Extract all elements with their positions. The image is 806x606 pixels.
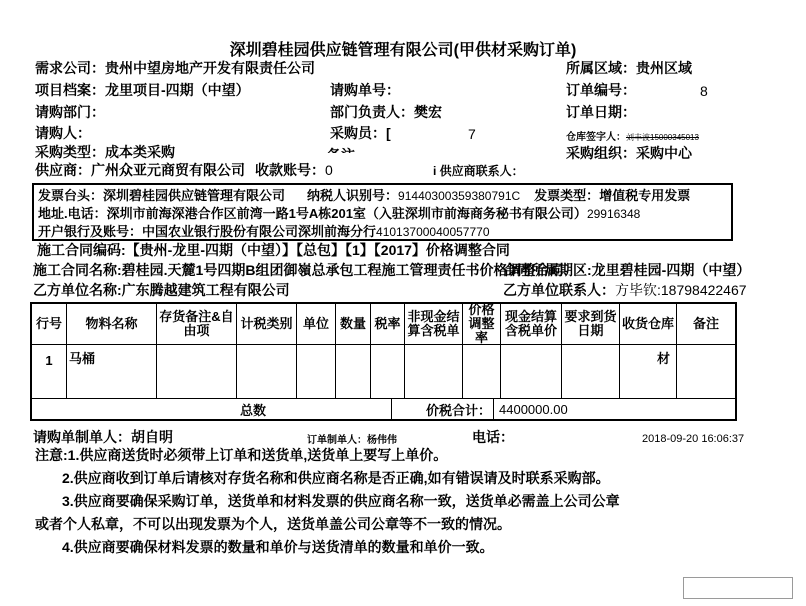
col-header-tax-category: 计税类别 <box>237 304 297 344</box>
bottom-right-input-box[interactable] <box>683 577 793 599</box>
table-header-row: 行号 物料名称 存货备注&自由项 计税类别 单位 数量 税率 非现金结算含税单 … <box>32 304 735 345</box>
invoice-address-label: 地址.电话： <box>38 206 107 221</box>
project-label: 项目档案： <box>35 82 105 98</box>
invoice-line-bank: 开户银行及账号：中国农业银行股份有限公司深圳前海分行41013700040057… <box>38 223 727 241</box>
warehouse-signer-label: 仓库签字人： <box>566 132 626 143</box>
demand-company-value: 贵州中望房地产开发有限责任公司 <box>105 60 315 76</box>
field-buyer: 采购员：[ <box>330 126 391 141</box>
items-table: 行号 物料名称 存货备注&自由项 计税类别 单位 数量 税率 非现金结算含税单 … <box>30 302 737 421</box>
contract-period-value: 龙里碧桂园-四期（中望） <box>592 262 751 278</box>
demand-company-label: 需求公司： <box>35 60 105 76</box>
tax-id-label: 纳税人识别号： <box>307 188 398 203</box>
col-header-adjust-rate: 价格调整率 <box>463 304 501 344</box>
col-header-delivery-date: 要求到货日期 <box>562 304 620 344</box>
account-no-value: 0 <box>325 162 333 178</box>
party-b-contact-label: 乙方单位联系人： <box>503 282 615 298</box>
invoice-bank-label: 开户银行及账号： <box>38 224 142 239</box>
note-3-continued: 或者个人私章，不可以出现发票为个人，送货单盖公司公章等不一致的情况。 <box>35 517 511 532</box>
field-order-no: 订单编号： <box>566 83 636 98</box>
invoice-bank-account-value: 41013700040057770 <box>376 225 489 239</box>
request-maker-label: 请购单制单人： <box>33 429 131 445</box>
request-dept-label: 请购部门： <box>35 104 105 120</box>
cell-quantity <box>336 345 371 398</box>
table-summary-row: 总数 价税合计： 4400000.00 <box>32 399 735 419</box>
purchase-type-value: 成本类采购 <box>105 144 175 160</box>
buyer-code-value: 7 <box>468 127 476 142</box>
col-header-quantity: 数量 <box>336 304 371 344</box>
field-contract-code: 施工合同编码:【贵州-龙里-四期（中望）】【总包】【1】【2017】价格调整合同 <box>37 243 510 258</box>
col-header-receive-warehouse: 收货仓库 <box>620 304 677 344</box>
dept-head-value: 樊宏 <box>414 104 442 120</box>
note-1: 注意:1.供应商送货时必须带上订单和送货单,送货单上要写上单价。 <box>35 448 447 463</box>
field-contract-period: 合同所属期区:龙里碧桂园-四期（中望） <box>503 263 750 278</box>
account-no-label: 收款账号： <box>255 162 325 178</box>
col-header-tax-rate: 税率 <box>371 304 405 344</box>
cell-receive-warehouse: 材 <box>620 345 677 398</box>
invoice-head-value: 深圳碧桂园供应链管理有限公司 <box>103 188 285 203</box>
col-header-unit: 单位 <box>297 304 336 344</box>
order-date-label: 订单日期： <box>566 104 636 120</box>
cell-adjust-rate <box>463 345 501 398</box>
contract-name-value: 碧桂园.天麓1号四期B组团御嶺总承包工程施工管理责任书价格调整合同 <box>122 262 564 278</box>
field-dept-head: 部门负责人：樊宏 <box>330 105 442 120</box>
field-supplier-contact: i 供应商联系人： <box>433 164 524 179</box>
field-contract-name: 施工合同名称:碧桂园.天麓1号四期B组团御嶺总承包工程施工管理责任书价格调整合同 <box>33 263 563 278</box>
buyer-label: 采购员：[ <box>330 125 391 141</box>
purchase-type-label: 采购类型： <box>35 144 105 160</box>
invoice-address-value: 深圳市前海深港合作区前湾一路1号A栋201室（入驻深圳市前海商务秘书有限公司） <box>107 206 587 221</box>
supplier-label: 供应商： <box>35 162 91 178</box>
order-no-value: 8 <box>700 84 708 99</box>
note-3: 3.供应商要确保采购订单，送货单和材料发票的供应商名称一致，送货单必需盖上公司公… <box>62 494 620 509</box>
warehouse-signer-value: 刘丰波15000345013 <box>626 133 699 142</box>
requester-label: 请购人： <box>35 125 91 141</box>
field-supplier: 供应商：广州众亚元商贸有限公司收款账号：0 <box>35 163 333 178</box>
field-project: 项目档案：龙里项目-四期（中望） <box>35 83 250 98</box>
summary-total-label: 总数 <box>32 399 392 419</box>
order-maker-label: 订单制单人： <box>307 435 367 446</box>
tax-id-value: 91440300359380791C <box>398 189 520 203</box>
cell-tax-category <box>237 345 297 398</box>
phone-label: 电话： <box>472 429 514 445</box>
field-request-no: 请购单号： <box>330 83 400 98</box>
field-order-maker: 订单制单人：杨伟伟 <box>307 433 397 448</box>
cell-cash-price <box>501 345 562 398</box>
cell-line-no: 1 <box>32 345 67 398</box>
purchase-order-document: 深圳碧桂园供应链管理有限公司(甲供材采购订单) 需求公司：贵州中望房地产开发有限… <box>0 0 806 606</box>
field-requester: 请购人： <box>35 126 91 141</box>
cell-noncash-price <box>405 345 463 398</box>
field-phone: 电话： <box>472 430 514 445</box>
region-value: 贵州区域 <box>636 60 692 76</box>
field-party-b-contact: 乙方单位联系人：方毕钦:18798422467 <box>503 283 747 298</box>
supplier-value: 广州众亚元商贸有限公司 <box>91 162 245 178</box>
cell-remark <box>677 345 735 398</box>
field-request-maker: 请购单制单人：胡自明 <box>33 430 173 445</box>
table-row: 1 马桶 材 <box>32 345 735 399</box>
invoice-head-label: 发票台头： <box>38 188 103 203</box>
col-header-noncash-price: 非现金结算含税单 <box>405 304 463 344</box>
cell-unit <box>297 345 336 398</box>
note-2: 2.供应商收到订单后请核对存货名称和供应商名称是否正确,如有错误请及时联系采购部… <box>62 471 610 486</box>
request-no-label: 请购单号： <box>330 82 400 98</box>
col-header-remark: 备注 <box>677 304 735 344</box>
cell-stock-remark <box>157 345 237 398</box>
contract-name-label: 施工合同名称: <box>33 262 122 278</box>
contract-code-value: 【贵州-龙里-四期（中望）】【总包】【1】【2017】价格调整合同 <box>126 242 510 258</box>
field-purchase-org: 采购组织：采购中心 <box>566 146 692 161</box>
invoice-info-box: 发票台头：深圳碧桂园供应链管理有限公司纳税人识别号：91440300359380… <box>32 183 733 241</box>
purchase-org-value: 采购中心 <box>636 145 692 161</box>
supplier-contact-label: i 供应商联系人： <box>433 164 524 178</box>
invoice-line-head: 发票台头：深圳碧桂园供应链管理有限公司纳税人识别号：91440300359380… <box>38 187 727 205</box>
col-header-material: 物料名称 <box>67 304 157 344</box>
region-label: 所属区域： <box>566 60 636 76</box>
summary-amount-value: 4400000.00 <box>494 399 735 419</box>
field-order-date: 订单日期： <box>566 105 636 120</box>
col-header-stock-remark: 存货备注&自由项 <box>157 304 237 344</box>
cell-tax-rate <box>371 345 405 398</box>
party-b-value: 广东腾越建筑工程有限公司 <box>122 282 290 298</box>
party-b-label: 乙方单位名称: <box>33 282 122 298</box>
field-region: 所属区域：贵州区域 <box>566 61 692 76</box>
invoice-phone-value: 29916348 <box>587 207 640 221</box>
col-header-line-no: 行号 <box>32 304 67 344</box>
contract-code-label: 施工合同编码: <box>37 242 126 258</box>
invoice-type-label: 发票类型： <box>534 188 599 203</box>
invoice-type-value: 增值税专用发票 <box>599 188 690 203</box>
page-title: 深圳碧桂园供应链管理有限公司(甲供材采购订单) <box>0 37 806 60</box>
field-demand-company: 需求公司：贵州中望房地产开发有限责任公司 <box>35 61 315 76</box>
note-4: 4.供应商要确保材料发票的数量和单价与送货清单的数量和单价一致。 <box>62 540 494 555</box>
request-maker-value: 胡自明 <box>131 429 173 445</box>
col-header-cash-price: 现金结算含税单价 <box>501 304 562 344</box>
field-request-dept: 请购部门： <box>35 105 105 120</box>
project-value: 龙里项目-四期（中望） <box>105 82 250 98</box>
timestamp: 2018-09-20 16:06:37 <box>642 432 744 447</box>
dept-head-label: 部门负责人： <box>330 104 414 120</box>
invoice-line-address: 地址.电话：深圳市前海深港合作区前湾一路1号A栋201室（入驻深圳市前海商务秘书… <box>38 205 727 223</box>
order-maker-value: 杨伟伟 <box>367 435 397 446</box>
cell-material: 马桶 <box>67 345 157 398</box>
clipped-middle-text: 备注: <box>327 145 360 153</box>
cell-delivery-date <box>562 345 620 398</box>
invoice-bank-value: 中国农业银行股份有限公司深圳前海分行 <box>142 224 376 239</box>
contract-period-label: 合同所属期区: <box>503 262 592 278</box>
field-warehouse-signer: 仓库签字人：刘丰波15000345013 <box>566 128 699 145</box>
field-party-b: 乙方单位名称:广东腾越建筑工程有限公司 <box>33 283 290 298</box>
purchase-org-label: 采购组织： <box>566 145 636 161</box>
field-purchase-type: 采购类型：成本类采购 <box>35 145 175 160</box>
order-no-label: 订单编号： <box>566 82 636 98</box>
summary-amount-label: 价税合计： <box>392 399 494 419</box>
party-b-contact-value: 方毕钦:18798422467 <box>615 282 747 298</box>
